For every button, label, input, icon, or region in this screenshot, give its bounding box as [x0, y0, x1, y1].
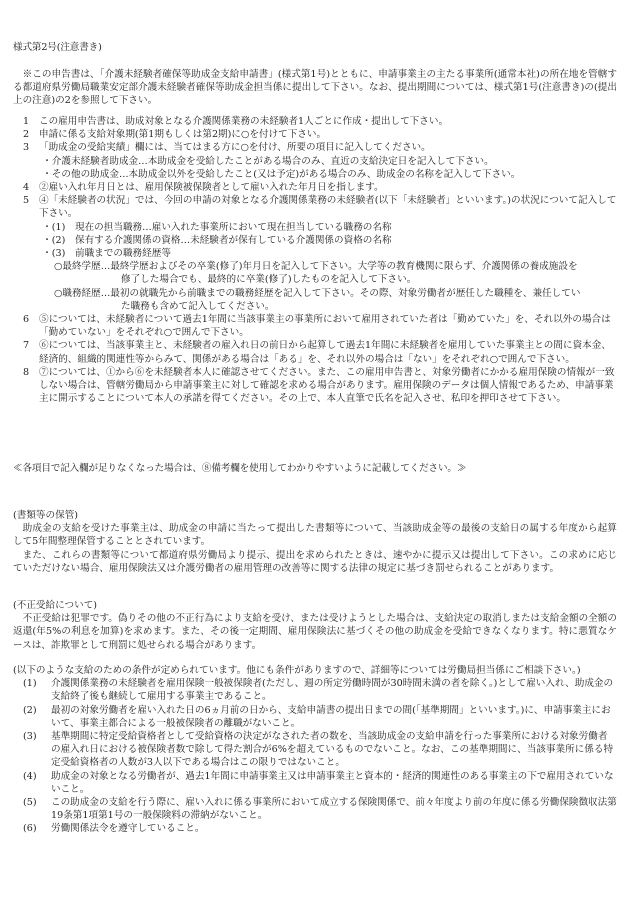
item-number: 5	[23, 194, 29, 207]
fraud-paragraph: 不正受給は犯罪です。偽りその他の不正行為により支給を受け、または受けようとした場…	[13, 612, 617, 652]
form-title: 様式第2号(注意書き)	[13, 41, 102, 54]
condition-item-5: (5) この助成金の支給を行う際に、雇い入れに係る事業所において成立する保険関係…	[13, 796, 617, 822]
space-note: ≪各項目で記入欄が足りなくなった場合は、⑧備考欄を使用してわかりやすいように記載…	[13, 462, 466, 475]
instruction-item-2: 2 申請に係る支給対象期(第1期もしくは第2期)に○を付けて下さい。	[13, 128, 617, 141]
item-number: 4	[23, 181, 29, 194]
condition-item-1: (1) 介護関係業務の未経験者を雇用保険一般被保険者(ただし、週の所定労働時間が…	[13, 677, 617, 703]
detail-education: ○最終学歴…最終学歴およびその卒業(修了)年月日を記入して下さい。大学等の教育機…	[13, 260, 617, 273]
detail-label: ○職務経歴…	[54, 288, 110, 299]
item-text: 申請に係る支給対象期(第1期もしくは第2期)に○を付けて下さい。	[39, 129, 326, 140]
item-text: この雇用申告書は、助成対象となる介護関係業務の未経験者1人ごとに作成・提出して下…	[39, 116, 448, 127]
condition-item-6: (6) 労働関係法令を遵守していること。	[13, 822, 617, 835]
instruction-item-6: 6 ⑤については、未経験者について過去1年間に当該事業主の事業所において雇用され…	[13, 313, 617, 339]
condition-text: この助成金の支給を行う際に、雇い入れに係る事業所において成立する保険関係で、前々…	[51, 797, 617, 821]
instruction-item-8: 8 ⑦については、①から⑥を未経験者本人に確認させてください。また、この雇用申告…	[13, 366, 617, 406]
condition-number: (1)	[23, 677, 37, 690]
storage-paragraph: 助成金の支給を受けた事業主は、助成金の申請に当たって提出した書類等について、当該…	[13, 522, 617, 548]
storage-heading: (書類等の保管)	[13, 509, 617, 522]
instruction-item-1: 1 この雇用申告書は、助成対象となる介護関係業務の未経験者1人ごとに作成・提出し…	[13, 115, 617, 128]
instruction-item-7: 7 ⑥については、当該事業主と、未経験者の雇入れ日の前日から起算して過去1年間に…	[13, 339, 617, 365]
item-number: 2	[23, 128, 29, 141]
condition-number: (3)	[23, 730, 37, 743]
condition-number: (5)	[23, 796, 37, 809]
item-number: 1	[23, 115, 29, 128]
instruction-item-4: 4 ②雇い入れ年月日とは、雇用保険被保険者として雇い入れた年月日を指します。	[13, 181, 617, 194]
condition-number: (4)	[23, 770, 37, 783]
condition-text: 基準期間に特定受給資格者として受給資格の決定がなされた者の数を、当該助成金の支給…	[51, 731, 613, 768]
condition-number: (2)	[23, 704, 37, 717]
item-text: ⑥については、当該事業主と、未経験者の雇入れ日の前日から起算して過去1年間に未経…	[39, 340, 611, 364]
sub-item: ・(3) 前職までの職務経歴等	[13, 247, 617, 260]
detail-label: ○最終学歴…	[54, 261, 110, 272]
condition-item-2: (2) 最初の対象労働者を雇い入れた日の6ヵ月前の日から、支給申請書の提出日まで…	[13, 704, 617, 730]
condition-text: 助成金の対象となる労働者が、過去1年間に申請事業主又は申請事業主と資本的・経済的…	[51, 771, 614, 795]
condition-number: (6)	[23, 822, 37, 835]
detail-education-cont: 修了した場合でも、最終的に卒業(修了)したものを記入して下さい。	[13, 273, 617, 286]
item-number: 3	[23, 141, 29, 154]
condition-item-3: (3) 基準期間に特定受給資格者として受給資格の決定がなされた者の数を、当該助成…	[13, 730, 617, 770]
intro-section: ※この申告書は、「介護未経験者確保等助成金支給申請書」(様式第1号)とともに、申…	[13, 68, 617, 108]
storage-section: (書類等の保管) 助成金の支給を受けた事業主は、助成金の申請に当たって提出した書…	[13, 509, 617, 575]
item-text: ④「未経験者の状況」では、今回の申請の対象となる介護関係業務の未経験者(以下「未…	[39, 195, 616, 219]
condition-text: 介護関係業務の未経験者を雇用保険一般被保険者(ただし、週の所定労働時間が30時間…	[51, 678, 613, 702]
intro-paragraph: ※この申告書は、「介護未経験者確保等助成金支給申請書」(様式第1号)とともに、申…	[13, 68, 617, 108]
item-number: 8	[23, 366, 29, 379]
sub-item: ・介護未経験者助成金…本助成金を受給したことがある場合のみ、直近の支給決定日を記…	[13, 155, 617, 168]
storage-paragraph: また、これらの書類等について都道府県労働局より提示、提出を求められたときは、速や…	[13, 549, 617, 575]
sub-item: ・その他の助成金…本助成金以外を受給したこと(又は予定)がある場合のみ、助成金の…	[13, 168, 617, 181]
conditions-heading: (以下のような支給のための条件が定められています。他にも条件がありますので、詳細…	[13, 664, 617, 677]
detail-career: ○職務経歴…最初の就職先から前職までの職務経歴を記入して下さい。その際、対象労働…	[13, 287, 617, 300]
fraud-section: (不正受給について) 不正受給は犯罪です。偽りその他の不正行為により支給を受け、…	[13, 599, 617, 652]
instruction-item-3: 3 「助成金の受給実績」欄には、当てはまる方に○を付け、所要の項目に記入してくだ…	[13, 141, 617, 154]
item-text: ⑦については、①から⑥を未経験者本人に確認させてください。また、この雇用申告書と…	[39, 367, 614, 404]
detail-text: 最初の就職先から前職までの職務経歴を記入して下さい。その際、対象労働者が歴任した…	[110, 288, 580, 299]
document-page: 様式第2号(注意書き) ※この申告書は、「介護未経験者確保等助成金支給申請書」(…	[0, 0, 630, 916]
item-text: 「助成金の受給実績」欄には、当てはまる方に○を付け、所要の項目に記入してください…	[39, 142, 431, 153]
item-text: ⑤については、未経験者について過去1年間に当該事業主の事業所において雇用されてい…	[39, 314, 611, 338]
conditions-section: (以下のような支給のための条件が定められています。他にも条件がありますので、詳細…	[13, 664, 617, 836]
item-number: 7	[23, 339, 29, 352]
instructions-list: 1 この雇用申告書は、助成対象となる介護関係業務の未経験者1人ごとに作成・提出し…	[13, 115, 617, 405]
condition-text: 労働関係法令を遵守していること。	[51, 823, 205, 834]
sub-item: ・(2) 保有する介護関係の資格…未経験者が保有している介護関係の資格の名称	[13, 234, 617, 247]
instruction-item-5: 5 ④「未経験者の状況」では、今回の申請の対象となる介護関係業務の未経験者(以下…	[13, 194, 617, 220]
detail-text: 最終学歴およびその卒業(修了)年月日を記入して下さい。大学等の教育機関に限らず、…	[110, 261, 577, 272]
item-text: ②雇い入れ年月日とは、雇用保険被保険者として雇い入れた年月日を指します。	[39, 182, 384, 193]
condition-item-4: (4) 助成金の対象となる労働者が、過去1年間に申請事業主又は申請事業主と資本的…	[13, 770, 617, 796]
detail-career-cont: た職務も含めて記入してください。	[13, 300, 617, 313]
sub-item: ・(1) 現在の担当職務…雇い入れた事業所において現在担当している職務の名称	[13, 221, 617, 234]
fraud-heading: (不正受給について)	[13, 599, 617, 612]
condition-text: 最初の対象労働者を雇い入れた日の6ヵ月前の日から、支給申請書の提出日までの間(「…	[51, 705, 611, 729]
item-number: 6	[23, 313, 29, 326]
